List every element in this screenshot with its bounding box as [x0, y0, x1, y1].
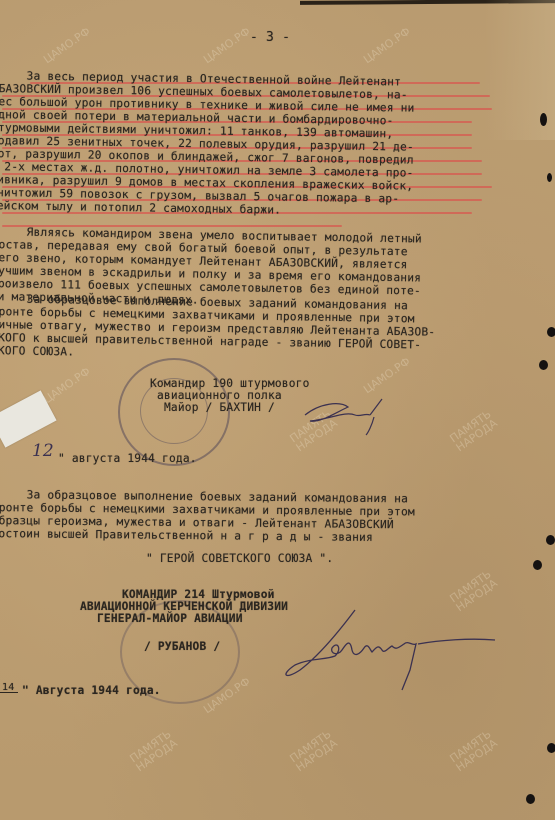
punch-hole	[526, 794, 535, 804]
date-blank-underline	[0, 692, 18, 693]
award-title-line: " ГЕРОЙ СОВЕТСКОГО СОЮЗА ".	[146, 552, 333, 565]
archival-document-page: ЦАМО.РФ ЦАМО.РФ ЦАМО.РФ ЦАМО.РФ ЦАМО.РФ …	[0, 0, 555, 820]
watermark-project: ПАМЯТЬ НАРОДА	[288, 728, 339, 773]
watermark-project: ПАМЯТЬ НАРОДА	[448, 728, 499, 773]
watermark-project: ПАМЯТЬ НАРОДА	[448, 408, 499, 453]
watermark-archive: ЦАМО.РФ	[42, 26, 92, 66]
punch-hole	[547, 327, 555, 337]
paragraph-division-attestation: За образцовое выполнение боевых заданий …	[0, 489, 31, 603]
watermark-archive: ЦАМО.РФ	[42, 366, 92, 406]
signature-rubanov	[280, 610, 510, 700]
watermark-archive: ЦАМО.РФ	[362, 356, 412, 396]
signature-bakhtin	[300, 393, 390, 433]
punch-hole	[533, 560, 542, 570]
watermark-archive: ЦАМО.РФ	[202, 26, 252, 66]
watermark-project: ПАМЯТЬ НАРОДА	[448, 568, 499, 613]
watermark-project: ПАМЯТЬ НАРОДА	[128, 728, 179, 773]
punch-hole	[546, 535, 555, 545]
date-line-2: " Августа 1944 года.	[22, 684, 161, 697]
punch-hole	[547, 743, 555, 753]
punch-hole	[547, 173, 552, 182]
punch-hole	[539, 360, 548, 370]
page-number: - 3 -	[250, 30, 290, 45]
watermark-archive: ЦАМО.РФ	[362, 26, 412, 66]
date-line-1: " августа 1944 года.	[58, 452, 197, 465]
date-day-handwritten: 12	[32, 441, 54, 461]
punch-hole	[540, 113, 547, 126]
